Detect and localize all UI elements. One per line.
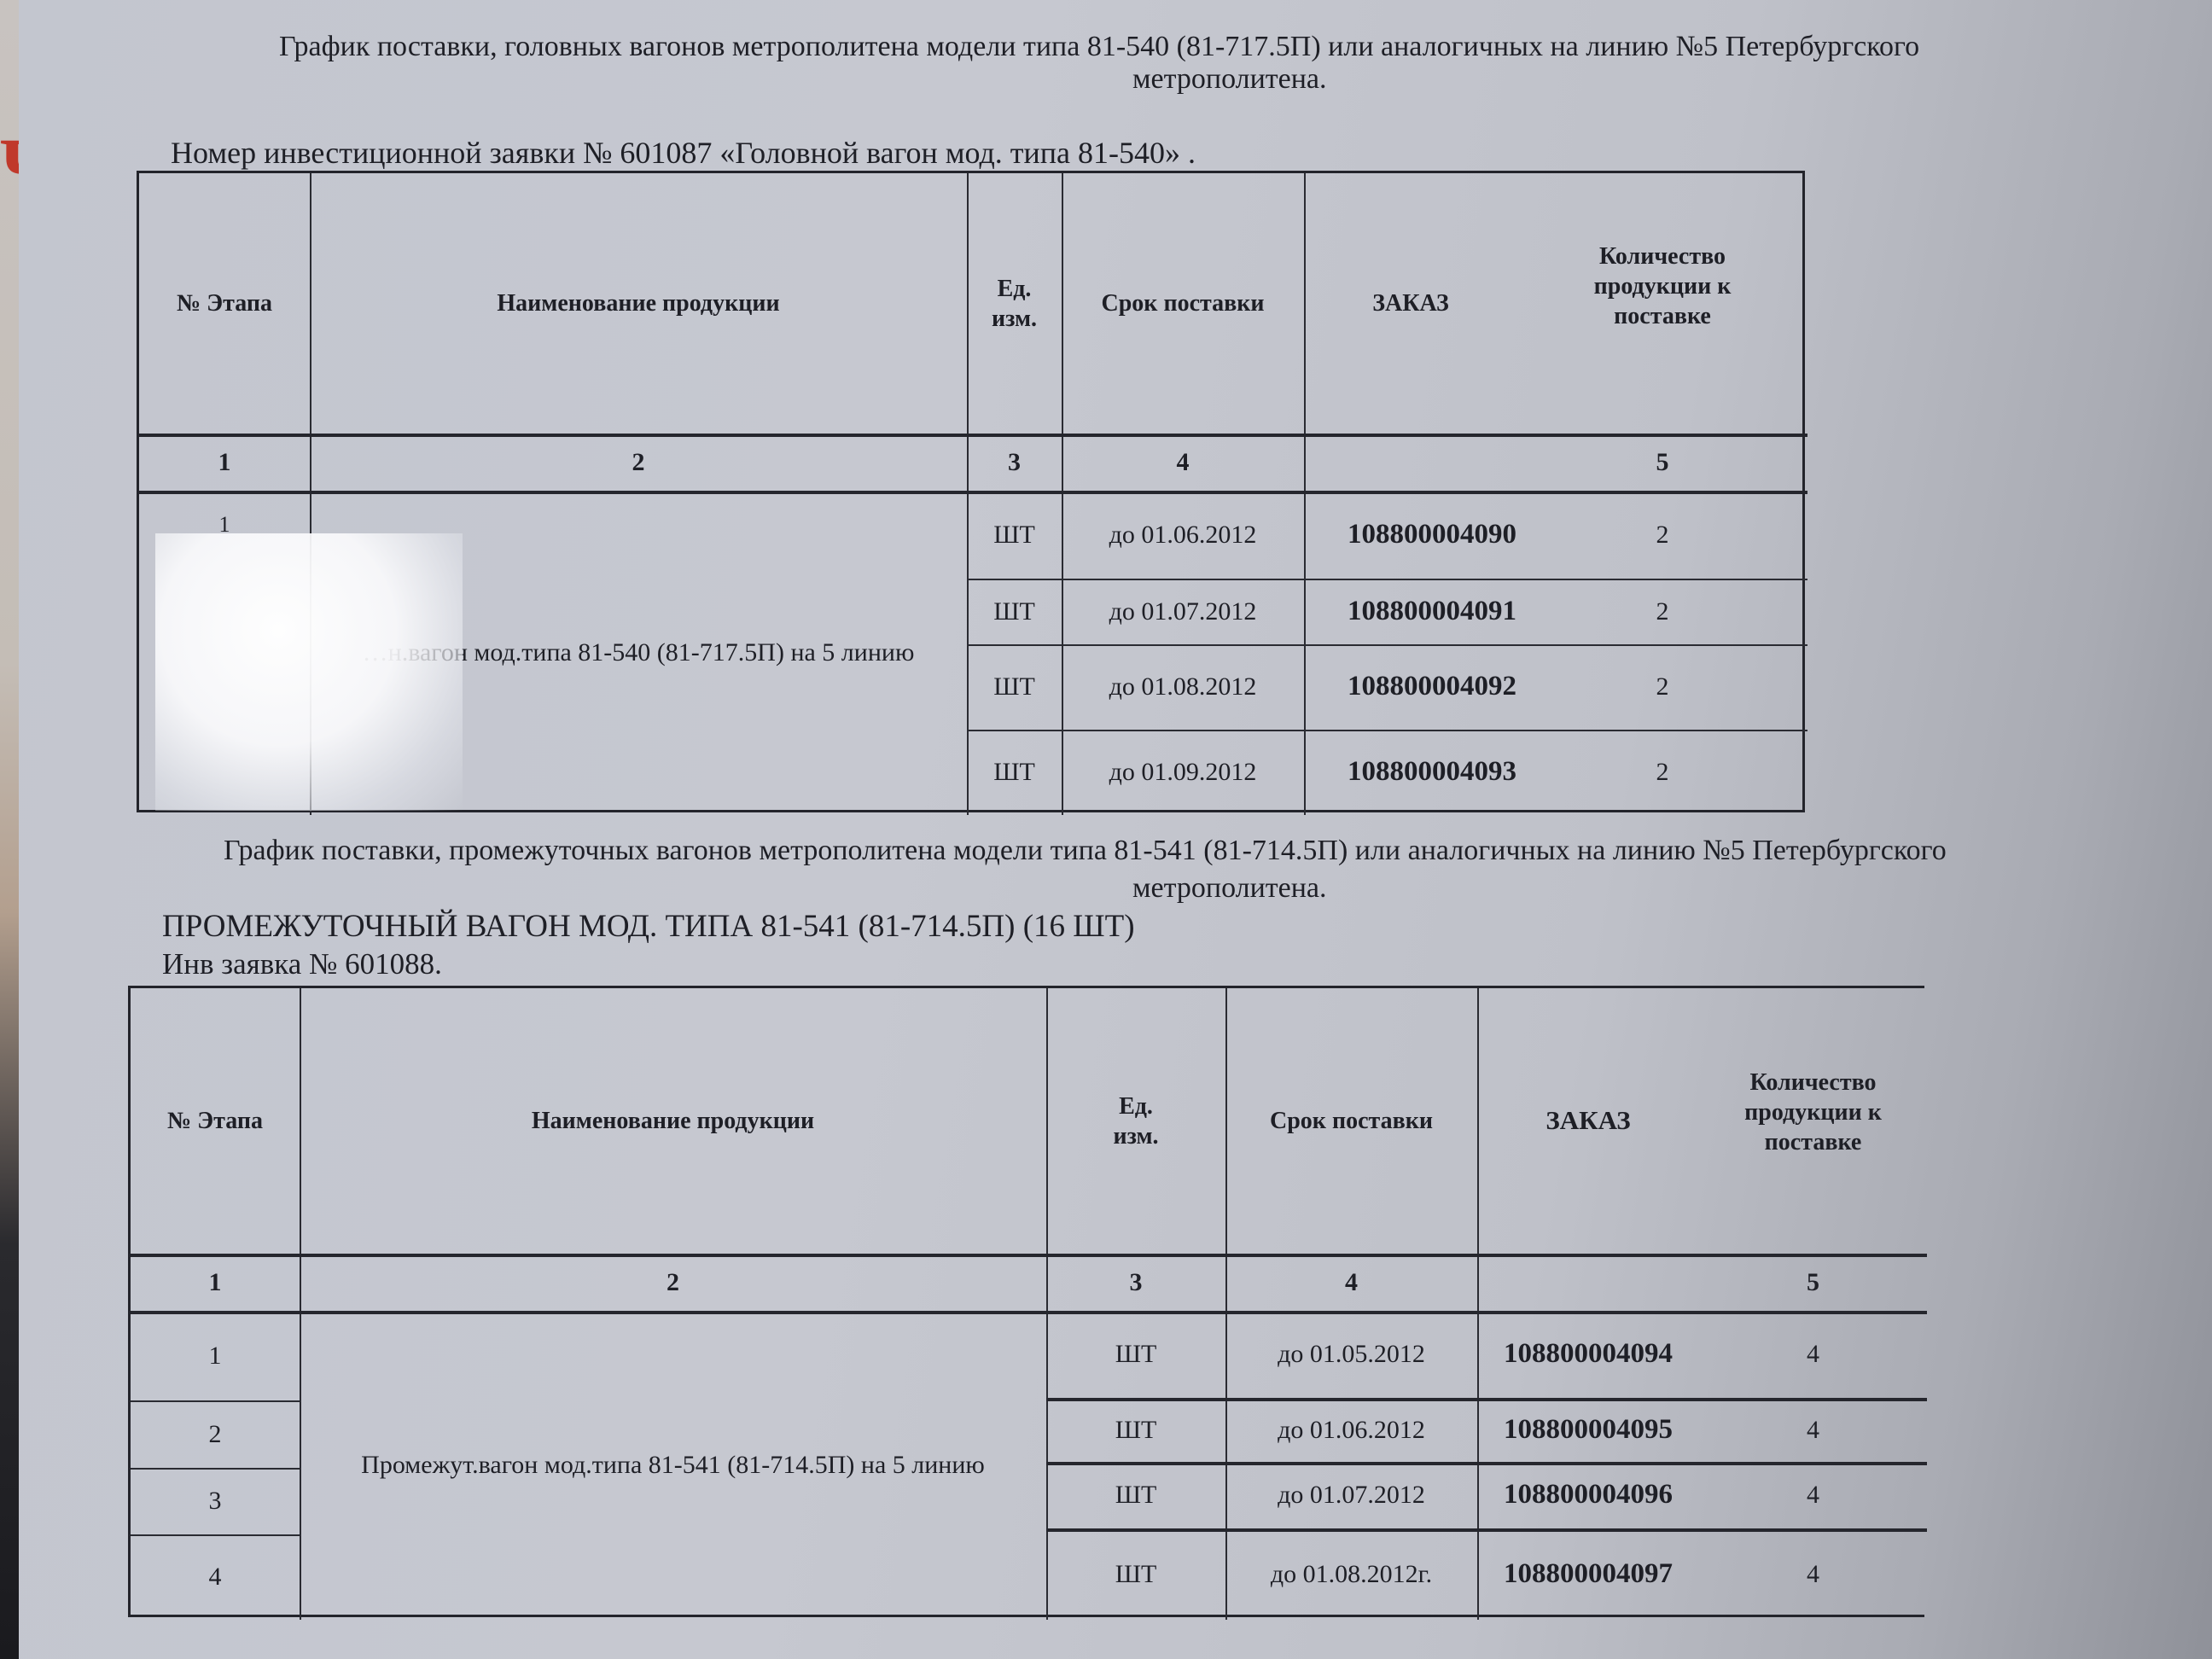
colnum-1: 1 (139, 434, 310, 491)
deadline-cell: до 01.08.2012 (1062, 644, 1304, 730)
colnum-2: 2 (300, 1254, 1046, 1311)
stage-cell: 3 (131, 1468, 300, 1534)
stage-cell: 2 (131, 1400, 300, 1468)
stage-cell: 4 (131, 1534, 300, 1620)
deadline-cell: до 01.06.2012 (1062, 491, 1304, 579)
section2-heading: ПРОМЕЖУТОЧНЫЙ ВАГОН МОД. ТИПА 81-541 (81… (162, 908, 1135, 945)
product-name-cell: …н.вагон мод.типа 81-540 (81-717.5П) на … (310, 491, 967, 815)
stage-cell: 1 (131, 1311, 300, 1400)
unit-cell: ШТ (967, 644, 1062, 730)
colnum-1: 1 (131, 1254, 300, 1311)
unit-cell: ШТ (967, 491, 1062, 579)
unit-cell: ШТ (1046, 1462, 1225, 1528)
deadline-cell: до 01.07.2012 (1062, 579, 1304, 644)
colnum-5: 5 (1699, 1254, 1927, 1311)
unit-cell: ШТ (1046, 1398, 1225, 1462)
order-cell: 108800004096 (1477, 1462, 1699, 1528)
deadline-cell: до 01.08.2012г. (1225, 1528, 1477, 1620)
section2-title: График поставки, промежуточных вагонов м… (224, 835, 1947, 867)
colnum-3: 3 (967, 434, 1062, 491)
colnum-5: 5 (1517, 434, 1807, 491)
deadline-cell: до 01.07.2012 (1225, 1462, 1477, 1528)
header-order: ЗАКАЗ (1304, 173, 1517, 434)
colnum-2: 2 (310, 434, 967, 491)
quantity-cell: 2 (1517, 491, 1807, 579)
red-mark-decoration: Ч (0, 128, 20, 213)
header-quantity: Количество продукции к поставке (1517, 156, 1807, 416)
section1-title-cont: метрополитена. (1132, 63, 1327, 96)
section1-title: График поставки, головных вагонов метроп… (279, 31, 1919, 63)
colnum-4: 4 (1225, 1254, 1477, 1311)
order-cell: 108800004095 (1477, 1398, 1699, 1462)
document-page: График поставки, головных вагонов метроп… (19, 0, 2212, 1659)
header-deadline: Срок поставки (1062, 173, 1304, 434)
quantity-cell: 4 (1699, 1528, 1927, 1620)
section2-title-cont: метрополитена. (1132, 872, 1327, 905)
unit-cell: ШТ (967, 730, 1062, 815)
quantity-cell: 4 (1699, 1462, 1927, 1528)
deadline-cell: до 01.06.2012 (1225, 1398, 1477, 1462)
head-cars-table: № Этапа Наименование продукции Ед. изм. … (137, 171, 1805, 812)
header-unit: Ед. изм. (1046, 988, 1225, 1254)
order-cell: 108800004094 (1477, 1311, 1699, 1398)
header-product-name: Наименование продукции (300, 988, 1046, 1254)
header-quantity: Количество продукции к поставке (1699, 980, 1927, 1245)
header-product-name: Наименование продукции (310, 173, 967, 434)
header-order: ЗАКАЗ (1477, 988, 1699, 1254)
unit-cell: ШТ (1046, 1528, 1225, 1620)
section2-investment-line: Инв заявка № 601088. (162, 947, 442, 981)
colnum-4: 4 (1062, 434, 1304, 491)
header-unit: Ед. изм. (967, 173, 1062, 434)
deadline-cell: до 01.09.2012 (1062, 730, 1304, 815)
section1-investment-line: Номер инвестиционной заявки № 601087 «Го… (171, 135, 1196, 171)
quantity-cell: 2 (1517, 579, 1807, 644)
header-stage: № Этапа (131, 988, 300, 1254)
unit-cell: ШТ (1046, 1311, 1225, 1398)
deadline-cell: до 01.05.2012 (1225, 1311, 1477, 1398)
unit-cell: ШТ (967, 579, 1062, 644)
intermediate-cars-table: № Этапа Наименование продукции Ед. изм. … (128, 986, 1924, 1617)
stage-cell: 1 (139, 491, 310, 559)
header-deadline: Срок поставки (1225, 988, 1477, 1254)
quantity-cell: 4 (1699, 1311, 1927, 1398)
colnum-3: 3 (1046, 1254, 1225, 1311)
product-name-cell: Промежут.вагон мод.типа 81-541 (81-714.5… (300, 1311, 1046, 1620)
quantity-cell: 4 (1699, 1398, 1927, 1462)
quantity-cell: 2 (1517, 730, 1807, 815)
header-stage: № Этапа (139, 173, 310, 434)
order-cell: 108800004097 (1477, 1528, 1699, 1620)
quantity-cell: 2 (1517, 644, 1807, 730)
